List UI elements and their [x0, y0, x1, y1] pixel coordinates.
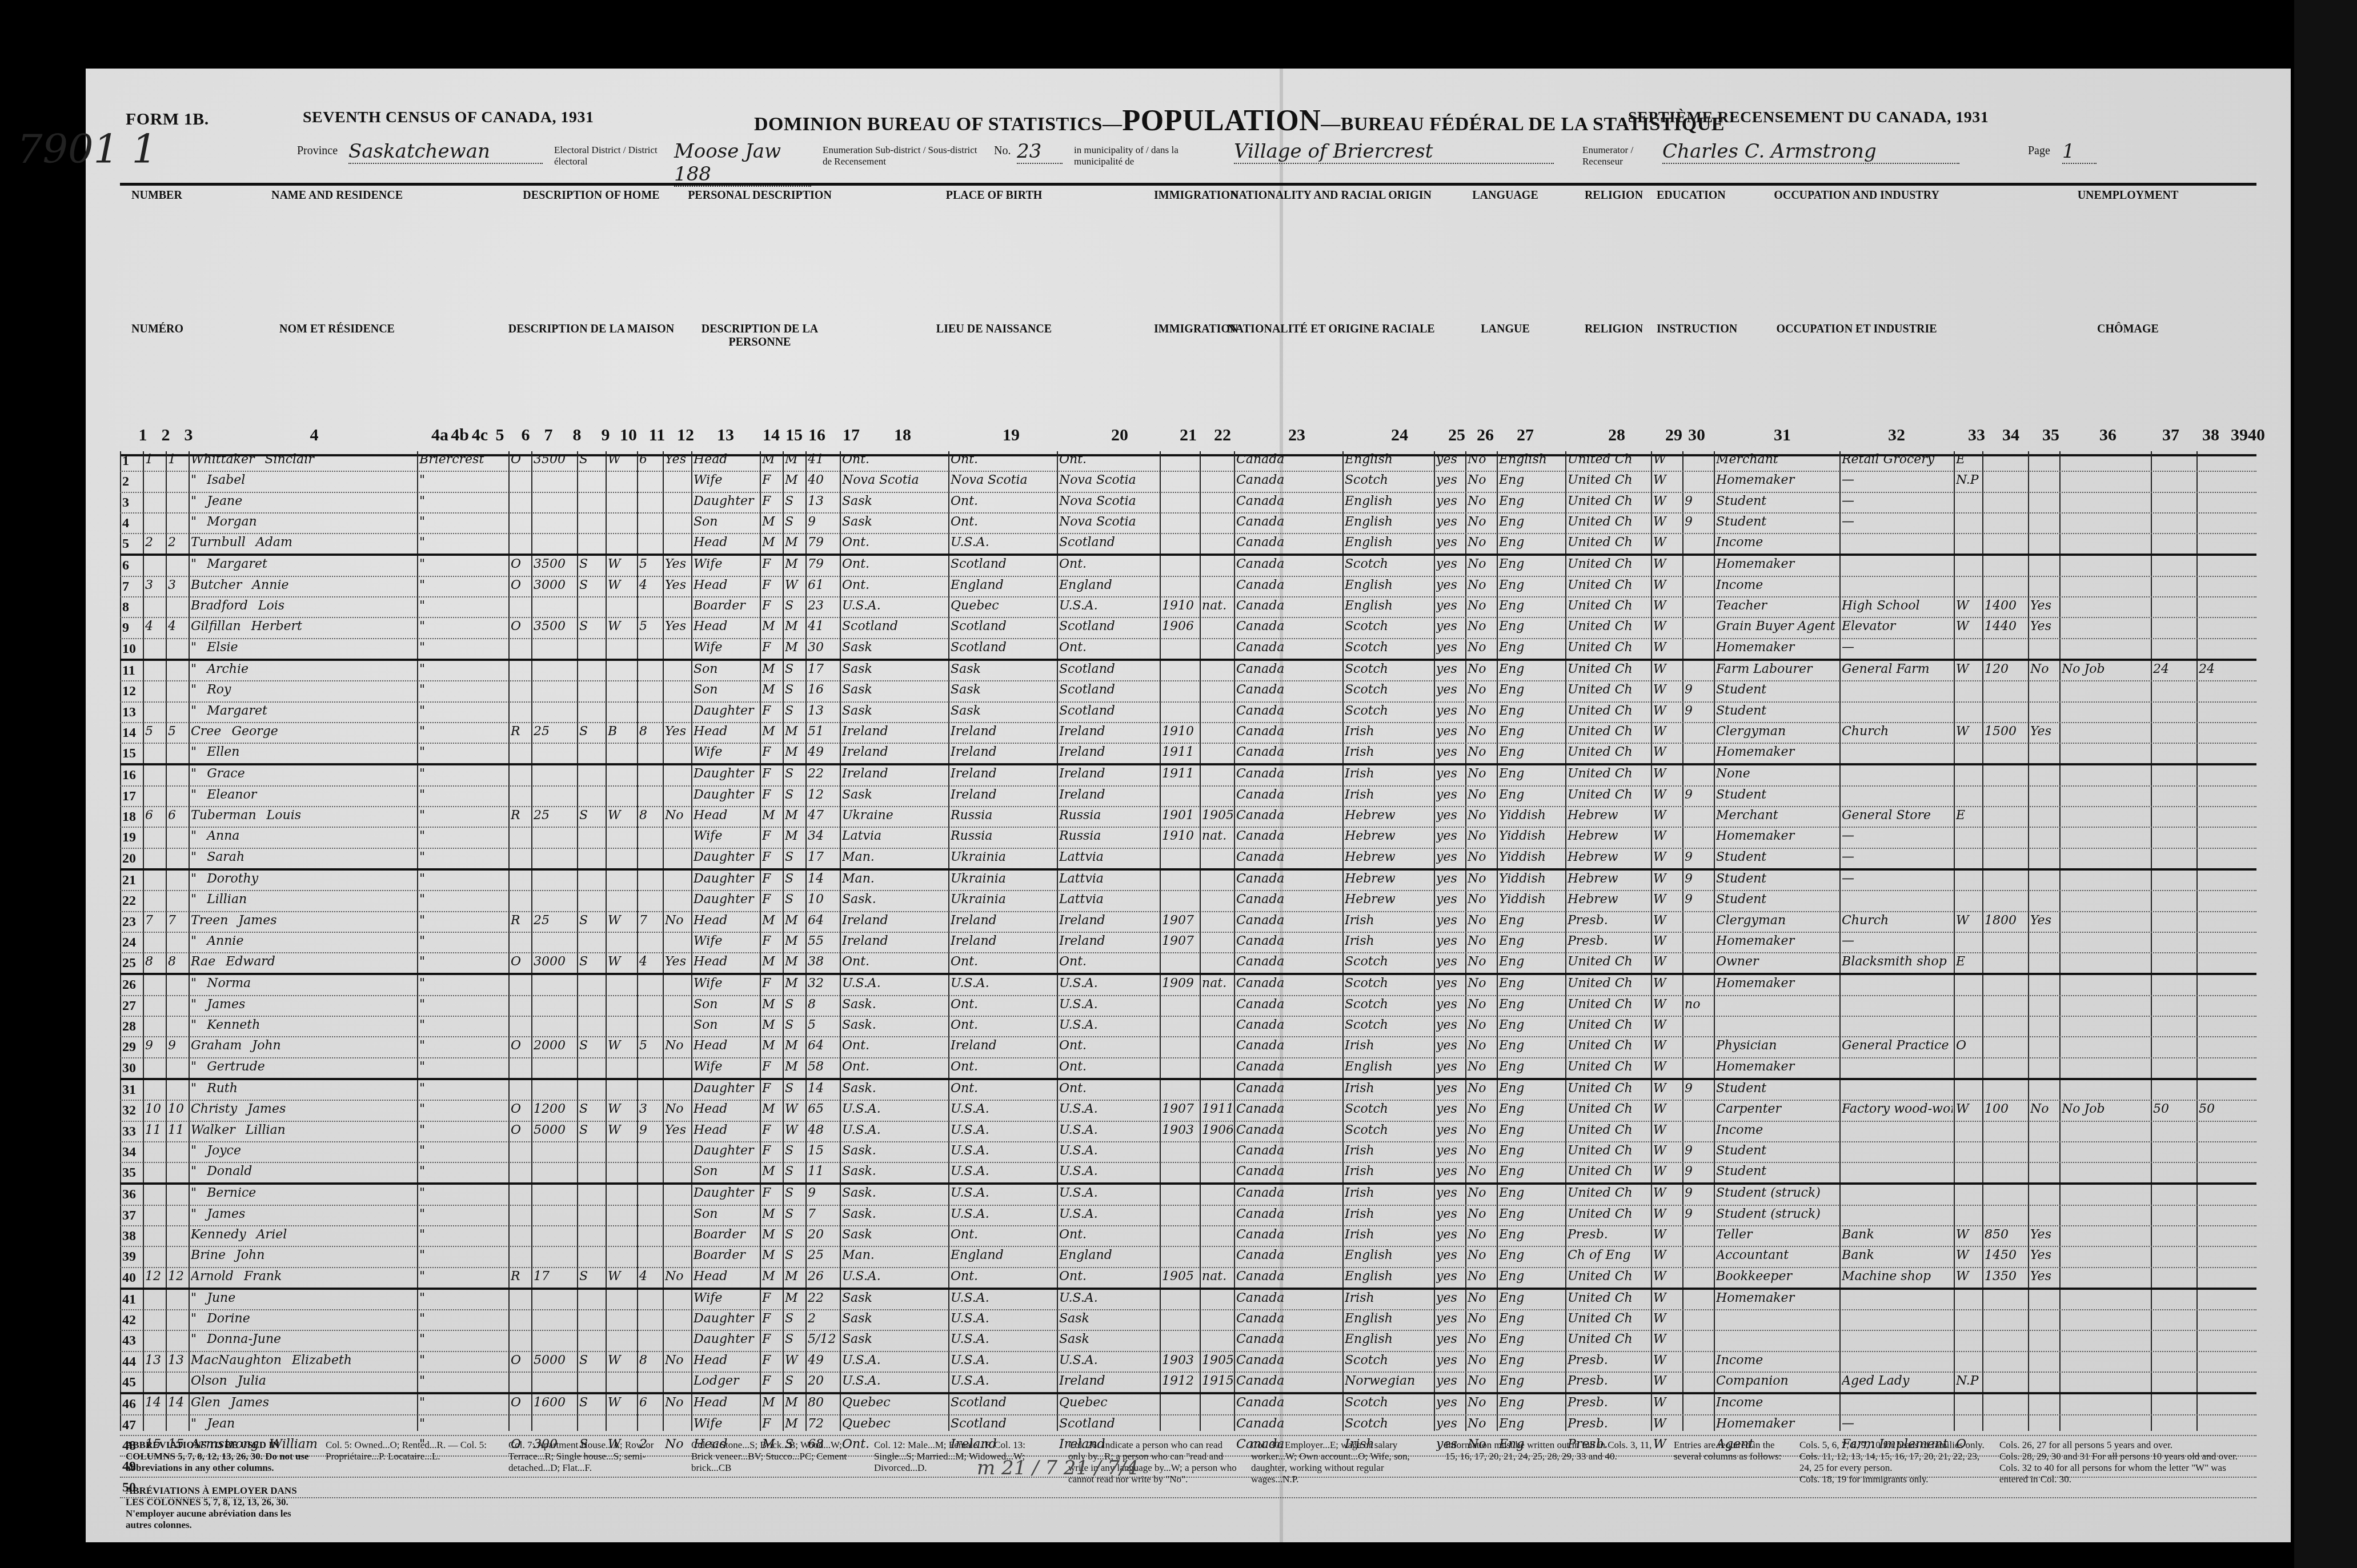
- cell-val: 1200: [534, 1102, 576, 1116]
- cell-eng: yes: [1436, 1207, 1464, 1221]
- cell-emp: Yes: [2030, 599, 2058, 613]
- cell-occ: Physician: [1716, 1038, 1838, 1053]
- cell-age: 12: [808, 788, 836, 802]
- given-name: Louis: [267, 808, 301, 823]
- cell-sex: F: [762, 1186, 781, 1200]
- cell-lang: Eng: [1499, 1312, 1564, 1326]
- cell-relig: Ch of Eng: [1568, 1248, 1650, 1262]
- cell-nat: Canada: [1236, 892, 1341, 907]
- cell-read: W: [1653, 745, 1681, 759]
- column-number: 17: [840, 426, 863, 445]
- cell-eng: yes: [1436, 1248, 1464, 1262]
- given-name: Ruth: [207, 1081, 238, 1096]
- cell-bf: Ukrainia: [951, 872, 1056, 886]
- cell-read: W: [1653, 515, 1681, 529]
- cell-read: W: [1653, 997, 1681, 1012]
- cell-nat: Canada: [1236, 1269, 1341, 1284]
- cell-abode: ": [419, 1312, 502, 1326]
- cell-relig: United Ch: [1568, 1102, 1650, 1116]
- cell-age: 38: [808, 955, 836, 969]
- cell-mar: S: [785, 1312, 804, 1326]
- cell-age: 23: [808, 599, 836, 613]
- cell-bf: Ont.: [951, 1018, 1056, 1032]
- cell-lang: Eng: [1499, 557, 1564, 571]
- cell-abode: ": [419, 1291, 502, 1305]
- cell-bm: Ireland: [1059, 934, 1159, 948]
- cell-fr: No: [1468, 1312, 1496, 1326]
- cell-abode: ": [419, 494, 502, 508]
- cell-read: W: [1653, 1291, 1681, 1305]
- given-name: Roy: [207, 683, 231, 697]
- cell-fam: 7: [168, 913, 187, 928]
- cell-abode: ": [419, 599, 502, 613]
- cell-bf: Scotland: [951, 1395, 1056, 1410]
- cell-own: O: [511, 578, 530, 592]
- cell-rel: Wife: [694, 1291, 759, 1305]
- cell-bp: Sask: [842, 494, 947, 508]
- footer-col5: Col. 5: Owned...O; Rented...R. — Col. 5:…: [326, 1439, 497, 1462]
- cell-mat: W: [608, 578, 636, 592]
- cell-ind: General Store: [1842, 808, 1953, 823]
- cell-eng: yes: [1436, 662, 1464, 676]
- cell-dw: 11: [145, 1123, 165, 1137]
- line-number: 23: [122, 915, 142, 930]
- cell-school: 9: [1685, 494, 1713, 508]
- cell-name: "Dorine: [191, 1312, 416, 1326]
- group-occupation: OCCUPATION AND INDUSTRY: [1714, 189, 1999, 202]
- cell-relig: United Ch: [1568, 955, 1650, 969]
- cell-bf: Scotland: [951, 640, 1056, 655]
- table-row: 26"Norma"WifeFM32U.S.A.U.S.A.U.S.A.1909n…: [120, 975, 2256, 996]
- cell-mar: M: [785, 640, 804, 655]
- cell-earn: 850: [1985, 1228, 2027, 1242]
- given-name: Ellen: [207, 745, 239, 759]
- surname: Turnbull: [191, 535, 246, 550]
- line-number: 11: [122, 663, 142, 679]
- cell-val: 3500: [534, 452, 576, 467]
- cell-mar: S: [785, 1081, 804, 1096]
- cell-fr: No: [1468, 1395, 1496, 1410]
- cell-own: O: [511, 619, 530, 633]
- cell-bp: Latvia: [842, 829, 947, 843]
- cell-lang: Eng: [1499, 494, 1564, 508]
- cell-age: 61: [808, 578, 836, 592]
- cell-bf: Ont.: [951, 997, 1056, 1012]
- column-number: 5: [488, 426, 511, 445]
- cell-bp: Sask.: [842, 1207, 947, 1221]
- column-number: 2: [154, 426, 177, 445]
- cell-fr: No: [1468, 872, 1496, 886]
- cell-mar: S: [785, 1207, 804, 1221]
- surname: ": [191, 494, 197, 508]
- cell-bf: Ukrainia: [951, 850, 1056, 864]
- cell-bp: Man.: [842, 1248, 947, 1262]
- cell-cw: W: [1956, 1102, 1981, 1116]
- cell-fr: No: [1468, 997, 1496, 1012]
- cell-nat: Canada: [1236, 872, 1341, 886]
- cell-own: R: [511, 724, 530, 739]
- cell-imm: 1906: [1162, 619, 1198, 633]
- cell-fam: 6: [168, 808, 187, 823]
- cell-fr: No: [1468, 808, 1496, 823]
- cell-abode: ": [419, 767, 502, 781]
- cell-age: 20: [808, 1228, 836, 1242]
- cell-rel: Head: [694, 955, 759, 969]
- cell-bm: Nova Scotia: [1059, 494, 1159, 508]
- cell-eng: yes: [1436, 1395, 1464, 1410]
- subdistrict-no-label: No.: [994, 145, 1011, 158]
- cell-occ: Income: [1716, 1395, 1838, 1410]
- column-number: 24: [1388, 426, 1411, 445]
- cell-mar: M: [785, 557, 804, 571]
- cell-bm: Nova Scotia: [1059, 473, 1159, 487]
- cell-bp: Man.: [842, 850, 947, 864]
- cell-bm: Sask: [1059, 1332, 1159, 1346]
- column-number: 30: [1685, 426, 1708, 445]
- cell-bm: Lattvia: [1059, 872, 1159, 886]
- cell-lang: Eng: [1499, 683, 1564, 697]
- line-number: 24: [122, 935, 142, 951]
- surname: Treen: [191, 913, 228, 928]
- cell-fr: No: [1468, 745, 1496, 759]
- form-id: FORM 1B.: [126, 110, 209, 129]
- cell-mar: M: [785, 955, 804, 969]
- surname: ": [191, 1332, 197, 1346]
- given-name: Margaret: [207, 704, 267, 718]
- column-number: 6: [514, 426, 537, 445]
- cell-bm: Ont.: [1059, 1081, 1159, 1096]
- cell-fam: 1: [168, 452, 187, 467]
- cell-bf: England: [951, 578, 1056, 592]
- given-name: Elizabeth: [292, 1353, 352, 1368]
- cell-read: W: [1653, 1018, 1681, 1032]
- cell-fr: No: [1468, 557, 1496, 571]
- cell-sex: M: [762, 1228, 781, 1242]
- table-row: 1866TubermanLouis"R25SW8NoHeadMM47Ukrain…: [120, 807, 2256, 828]
- cell-nat_y: 1906: [1202, 1123, 1233, 1137]
- cell-own: O: [511, 1353, 530, 1368]
- cell-fr: No: [1468, 724, 1496, 739]
- cell-rel: Head: [694, 578, 759, 592]
- cell-earn: 1450: [1985, 1248, 2027, 1262]
- cell-age: 16: [808, 683, 836, 697]
- cell-occ: Student: [1716, 872, 1838, 886]
- cell-sex: M: [762, 683, 781, 697]
- cell-fr: No: [1468, 976, 1496, 990]
- cell-abode: ": [419, 557, 502, 571]
- cell-race: Irish: [1345, 788, 1433, 802]
- cell-school: 9: [1685, 892, 1713, 907]
- column-number: 36: [2097, 426, 2119, 445]
- cell-val: 25: [534, 913, 576, 928]
- cell-school: 9: [1685, 788, 1713, 802]
- cell-age: 41: [808, 619, 836, 633]
- cell-race: Scotch: [1345, 1395, 1433, 1410]
- cell-bp: Ukraine: [842, 808, 947, 823]
- line-number: 45: [122, 1375, 142, 1390]
- given-name: Norma: [207, 976, 251, 990]
- cell-relig: United Ch: [1568, 976, 1650, 990]
- cell-fr: No: [1468, 850, 1496, 864]
- cell-sex: F: [762, 1291, 781, 1305]
- cell-fr: No: [1468, 1164, 1496, 1178]
- cell-abode: ": [419, 1038, 502, 1053]
- cell-occ: Student: [1716, 1164, 1838, 1178]
- cell-bp: Sask: [842, 515, 947, 529]
- cell-bm: U.S.A.: [1059, 1353, 1159, 1368]
- cell-school: 9: [1685, 1186, 1713, 1200]
- cell-bp: Sask: [842, 788, 947, 802]
- cell-val: 2000: [534, 1038, 576, 1053]
- cell-nat: Canada: [1236, 704, 1341, 718]
- cell-rel: Son: [694, 1018, 759, 1032]
- cell-abode: ": [419, 1081, 502, 1096]
- cell-bf: Ont.: [951, 1228, 1056, 1242]
- cell-name: "Lillian: [191, 892, 416, 907]
- cell-relig: United Ch: [1568, 1291, 1650, 1305]
- table-row: 27"James"SonMS8Sask.Ont.U.S.A.CanadaScot…: [120, 996, 2256, 1017]
- cell-bp: Ont.: [842, 1060, 947, 1074]
- cell-sex: M: [762, 1038, 781, 1053]
- cell-rooms: 8: [639, 1353, 662, 1368]
- cell-nat: Canada: [1236, 1248, 1341, 1262]
- line-number: 30: [122, 1061, 142, 1076]
- cell-relig: Hebrew: [1568, 850, 1650, 864]
- cell-bf: U.S.A.: [951, 1144, 1056, 1158]
- line-number: 14: [122, 725, 142, 741]
- cell-bp: Ireland: [842, 745, 947, 759]
- cell-age: 13: [808, 704, 836, 718]
- cell-bm: U.S.A.: [1059, 1186, 1159, 1200]
- cell-ind: —: [1842, 640, 1953, 655]
- group-home-fr: DESCRIPTION DE LA MAISON: [497, 323, 686, 336]
- cell-fr: No: [1468, 1038, 1496, 1053]
- cell-radio: Yes: [665, 619, 690, 633]
- cell-name: OlsonJulia: [191, 1374, 416, 1388]
- subdistrict-no: 23: [1017, 140, 1063, 164]
- given-name: Anna: [207, 829, 239, 843]
- cell-name: TubermanLouis: [191, 808, 416, 823]
- cell-sex: F: [762, 872, 781, 886]
- cell-nat: Canada: [1236, 1018, 1341, 1032]
- cell-name: "Archie: [191, 662, 416, 676]
- cell-cw: E: [1956, 808, 1981, 823]
- line-number: 36: [122, 1187, 142, 1202]
- cell-bm: Ont.: [1059, 1060, 1159, 1074]
- cell-eng: yes: [1436, 1038, 1464, 1053]
- cell-val: 3500: [534, 557, 576, 571]
- cell-bf: Ukrainia: [951, 892, 1056, 907]
- cell-age: 47: [808, 808, 836, 823]
- cell-rooms: 3: [639, 1102, 662, 1116]
- cell-mar: M: [785, 535, 804, 550]
- cell-race: Norwegian: [1345, 1374, 1433, 1388]
- cell-lang: Eng: [1499, 1374, 1564, 1388]
- group-language: LANGUAGE: [1440, 189, 1571, 202]
- cell-mar: S: [785, 494, 804, 508]
- cell-age: 17: [808, 850, 836, 864]
- cell-nat: Canada: [1236, 452, 1341, 467]
- cell-race: English: [1345, 1332, 1433, 1346]
- cell-abode: ": [419, 640, 502, 655]
- cell-eng: yes: [1436, 1312, 1464, 1326]
- cell-fr: No: [1468, 955, 1496, 969]
- cell-rel: Head: [694, 1269, 759, 1284]
- cell-read: W: [1653, 1228, 1681, 1242]
- column-number: 35: [2039, 426, 2062, 445]
- group-immigration: IMMIGRATION: [1154, 189, 1222, 202]
- cell-nat_y: 1915: [1202, 1374, 1233, 1388]
- given-name: Joyce: [207, 1144, 241, 1158]
- given-name: Elsie: [207, 640, 238, 655]
- cell-name: "Gertrude: [191, 1060, 416, 1074]
- cell-mar: S: [785, 892, 804, 907]
- column-number: 13: [714, 426, 737, 445]
- cell-rel: Wife: [694, 745, 759, 759]
- cell-name: "Isabel: [191, 473, 416, 487]
- cell-cw: W: [1956, 599, 1981, 613]
- cell-bm: Scotland: [1059, 619, 1159, 633]
- cell-nat: Canada: [1236, 1417, 1341, 1431]
- cell-race: Scotch: [1345, 976, 1433, 990]
- cell-bm: Lattvia: [1059, 892, 1159, 907]
- cell-bf: U.S.A.: [951, 1123, 1056, 1137]
- cell-eng: yes: [1436, 1144, 1464, 1158]
- cell-imm: 1903: [1162, 1123, 1198, 1137]
- line-number: 18: [122, 809, 142, 825]
- cell-eng: yes: [1436, 934, 1464, 948]
- given-name: Dorothy: [207, 872, 258, 886]
- cell-relig: United Ch: [1568, 683, 1650, 697]
- cell-age: 49: [808, 1353, 836, 1368]
- surname: ": [191, 1417, 197, 1431]
- cell-ind: Factory wood-work: [1842, 1102, 1953, 1116]
- population-title: POPULATION: [1122, 105, 1321, 137]
- cell-ind: Bank: [1842, 1248, 1953, 1262]
- cell-emp: No: [2030, 662, 2058, 676]
- cell-race: English: [1345, 599, 1433, 613]
- cell-bm: U.S.A.: [1059, 1291, 1159, 1305]
- surname: ": [191, 850, 197, 864]
- cell-nat: Canada: [1236, 1060, 1341, 1074]
- cell-read: W: [1653, 494, 1681, 508]
- abbrev-fr: ABRÉVIATIONS À EMPLOYER DANS LES COLONNE…: [126, 1485, 297, 1530]
- table-row: 111WhittakerSinclairBriercrestO3500SW6Ye…: [120, 451, 2256, 472]
- cell-read: W: [1653, 892, 1681, 907]
- cell-lang: Eng: [1499, 1417, 1564, 1431]
- cell-nat_y: 1905: [1202, 1353, 1233, 1368]
- cell-nat_y: nat.: [1202, 599, 1233, 613]
- cell-read: W: [1653, 976, 1681, 990]
- cell-school: 9: [1685, 515, 1713, 529]
- surname: ": [191, 683, 197, 697]
- cell-lang: Eng: [1499, 515, 1564, 529]
- cell-cls: S: [579, 913, 604, 928]
- cell-read: W: [1653, 683, 1681, 697]
- cell-mar: S: [785, 1164, 804, 1178]
- cell-fr: No: [1468, 494, 1496, 508]
- cell-bf: U.S.A.: [951, 1374, 1056, 1388]
- cell-read: W: [1653, 1395, 1681, 1410]
- cell-nat: Canada: [1236, 1186, 1341, 1200]
- cell-mar: M: [785, 1038, 804, 1053]
- cell-occ: Student (struck): [1716, 1207, 1838, 1221]
- group-personal-fr: DESCRIPTION DE LA PERSONNE: [686, 323, 834, 349]
- cell-sex: F: [762, 976, 781, 990]
- cell-bp: Sask: [842, 1312, 947, 1326]
- cell-ind: Blacksmith shop: [1842, 955, 1953, 969]
- rule-ten: Cols. 28, 29, 30 and 31 For all persons …: [1999, 1451, 2251, 1462]
- cell-read: W: [1653, 619, 1681, 633]
- cell-cw: E: [1956, 452, 1981, 467]
- group-home: DESCRIPTION OF HOME: [497, 189, 686, 202]
- cell-abode: ": [419, 892, 502, 907]
- cell-occ: Student: [1716, 850, 1838, 864]
- cell-name: TurnbullAdam: [191, 535, 416, 550]
- cell-bp: Ont.: [842, 535, 947, 550]
- table-row: 15"Ellen"WifeFM49IrelandIrelandIreland19…: [120, 744, 2256, 765]
- cell-sex: F: [762, 788, 781, 802]
- cell-nat: Canada: [1236, 913, 1341, 928]
- cell-bm: U.S.A.: [1059, 599, 1159, 613]
- group-nationality: NATIONALITY AND RACIAL ORIGIN: [1222, 189, 1440, 202]
- cell-sex: M: [762, 955, 781, 969]
- cell-abode: ": [419, 829, 502, 843]
- cell-fam: 11: [168, 1123, 187, 1137]
- header-fields: Province Saskatchewan Electoral District…: [86, 140, 2291, 174]
- cell-abode: ": [419, 1018, 502, 1032]
- cell-radio: No: [665, 1269, 690, 1284]
- cell-bp: Ireland: [842, 934, 947, 948]
- surname: ": [191, 1186, 197, 1200]
- cell-bp: Sask: [842, 1332, 947, 1346]
- cell-rel: Son: [694, 515, 759, 529]
- table-row: 17"Eleanor"DaughterFS12SaskIrelandIrelan…: [120, 787, 2256, 807]
- cell-occ: Homemaker: [1716, 1060, 1838, 1074]
- cell-bf: U.S.A.: [951, 1332, 1056, 1346]
- cell-rel: Son: [694, 1207, 759, 1221]
- cell-sex: M: [762, 1207, 781, 1221]
- cell-radio: No: [665, 1353, 690, 1368]
- cell-lang: Eng: [1499, 1038, 1564, 1053]
- cell-bf: Ireland: [951, 913, 1056, 928]
- cell-eng: yes: [1436, 1228, 1464, 1242]
- cell-nojob: 50: [2199, 1102, 2230, 1116]
- cell-occ: Homemaker: [1716, 1291, 1838, 1305]
- cell-relig: United Ch: [1568, 557, 1650, 571]
- cell-read: W: [1653, 872, 1681, 886]
- cell-val: 5000: [534, 1123, 576, 1137]
- cell-race: Irish: [1345, 1081, 1433, 1096]
- cell-lang: Yiddish: [1499, 892, 1564, 907]
- cell-fam: 10: [168, 1102, 187, 1116]
- cell-fr: No: [1468, 1353, 1496, 1368]
- cell-fr: No: [1468, 640, 1496, 655]
- cell-why: No Job: [2062, 662, 2150, 676]
- given-name: Donna-June: [207, 1332, 281, 1346]
- column-number: 34: [1999, 426, 2022, 445]
- cell-race: Irish: [1345, 767, 1433, 781]
- cell-cw: W: [1956, 1269, 1981, 1284]
- cell-earn: 100: [1985, 1102, 2027, 1116]
- cell-eng: yes: [1436, 1291, 1464, 1305]
- cell-fr: No: [1468, 788, 1496, 802]
- cell-rooms: 7: [639, 913, 662, 928]
- cell-nat_y: nat.: [1202, 829, 1233, 843]
- cell-nat: Canada: [1236, 767, 1341, 781]
- table-row: 36"Bernice"DaughterFS9Sask.U.S.A.U.S.A.C…: [120, 1185, 2256, 1205]
- line-number: 1: [122, 454, 142, 469]
